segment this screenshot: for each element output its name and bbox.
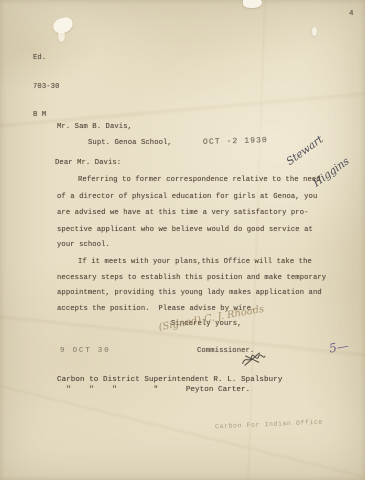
body-line: If it meets with your plans,this Office … (78, 258, 312, 266)
carbon-note-line2: " " " " Peyton Carter. (57, 386, 250, 394)
body-line: spective applicant who we believe would … (57, 226, 313, 234)
body-line: appointment, providing this young lady m… (57, 289, 322, 297)
file-class-line3: B M (33, 111, 59, 121)
recipient-name: Mr. Sam B. Davis, (57, 123, 132, 131)
page-number: 4 (349, 10, 354, 18)
carbon-note-line1: Carbon to District Superintendent R. L. … (57, 376, 282, 384)
applicant-name-line1: Stewart (285, 129, 332, 168)
date-received-stamp: OCT -2 1930 (203, 136, 268, 147)
body-line: of a director of physical education for … (57, 193, 317, 201)
scanned-letter-page: Ed. 703-30 B M 4 Mr. Sam B. Davis, Supt.… (0, 0, 365, 480)
recipient-title: Supt. Genoa School, (88, 139, 172, 147)
body-line: your school. (57, 241, 110, 249)
handwritten-page-mark: 5— (328, 338, 350, 355)
body-line: necessary steps to establish this positi… (57, 274, 326, 282)
paper-tear (312, 27, 317, 36)
file-class-line2: 703-30 (33, 83, 59, 93)
file-classification: Ed. 703-30 B M (33, 35, 59, 140)
initials-scribble-icon (239, 348, 267, 367)
paper-tear (243, 0, 262, 8)
body-line: Referring to former correspondence relat… (78, 176, 321, 184)
date-sent-stamp: 9 OCT 30 (60, 347, 110, 355)
carbon-office-stamp: Carbon For Indian Office (215, 419, 323, 431)
applicant-name-line2: Higgins (312, 156, 352, 189)
salutation: Dear Mr. Davis: (55, 159, 121, 167)
body-line: are advised we have at this time a very … (57, 209, 309, 217)
file-class-line1: Ed. (33, 54, 59, 64)
